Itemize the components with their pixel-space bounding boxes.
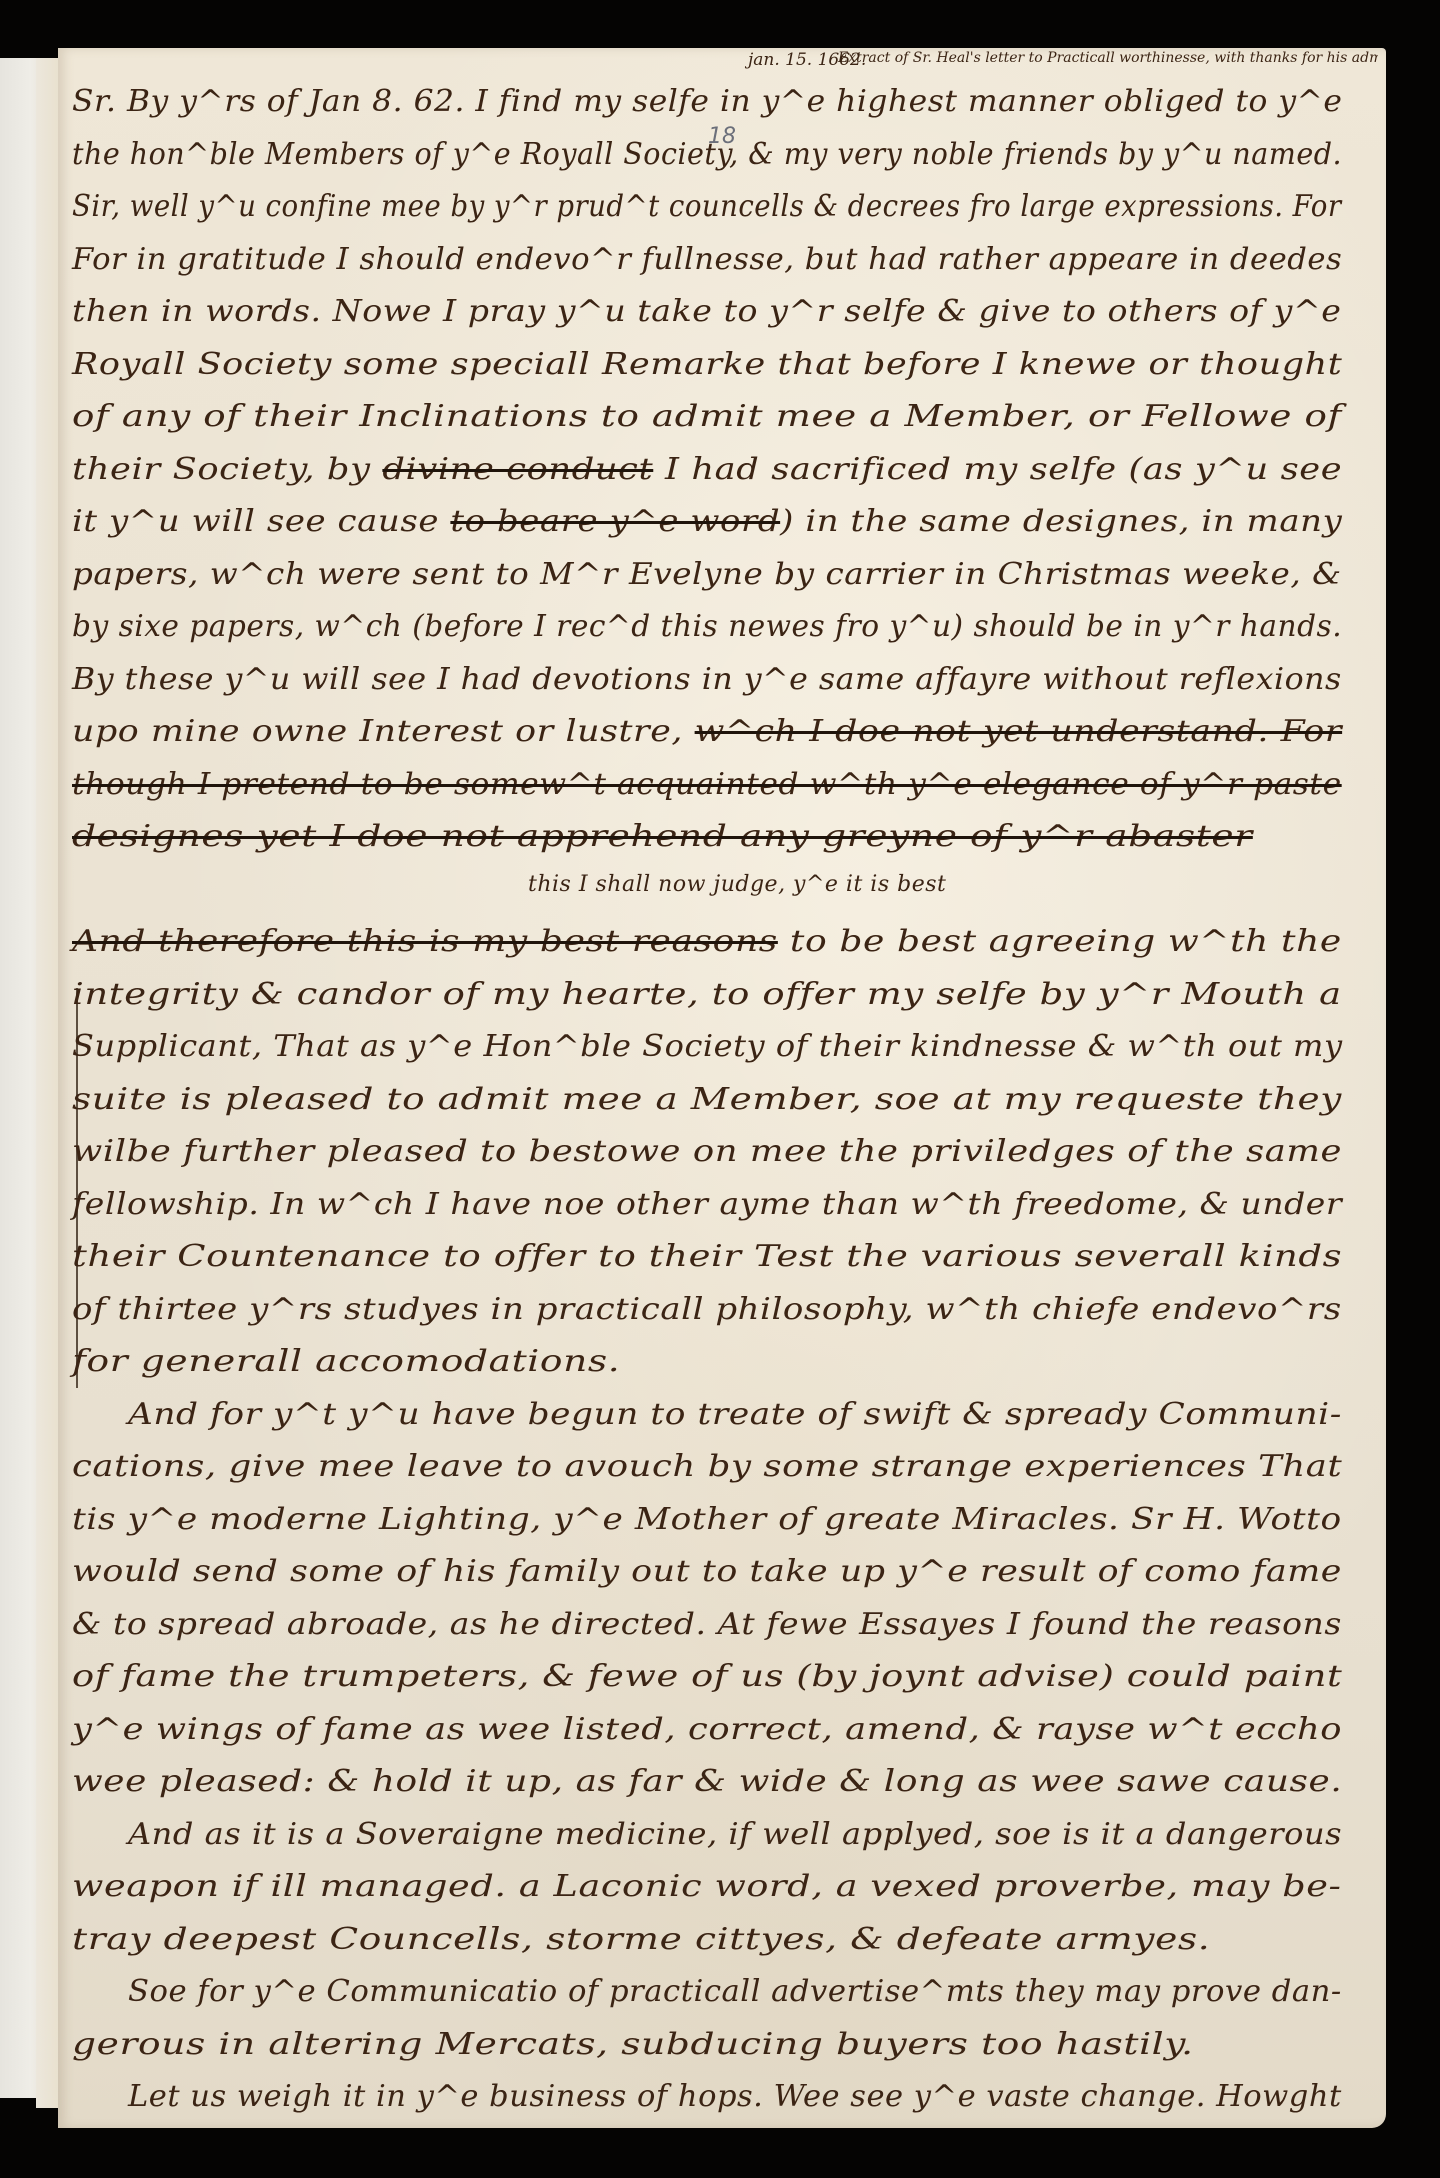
manuscript-line: upo mine owne Interest or lustre, w^ch I… [72,714,1342,749]
manuscript-line: wilbe further pleased to bestowe on mee … [72,1134,1342,1169]
manuscript-line: their Society, by divine conduct I had s… [72,452,1342,487]
manuscript-line: y^e wings of fame as wee listed, correct… [72,1712,1342,1747]
manuscript-line: gerous in altering Mercats, subducing bu… [72,2027,1194,2062]
manuscript-line: suite is pleased to admit mee a Member, … [72,1082,1342,1117]
manuscript-page: jan. 15. 1662. Extract of Sr. Heal's let… [58,48,1386,2128]
manuscript-line: For in gratitude I should endevo^r fulln… [72,242,1342,277]
manuscript-line: weapon if ill managed. a Laconic word, a… [72,1869,1342,1904]
manuscript-line: by sixe papers, w^ch (before I rec^d thi… [72,609,1342,644]
manuscript-line: tis y^e moderne Lighting, y^e Mother of … [72,1502,1342,1537]
manuscript-line: designes yet I doe not apprehend any gre… [72,819,1253,854]
manuscript-line: Royall Society some speciall Remarke tha… [72,347,1342,382]
struck-phrase: w^ch I doe not yet understand. For [695,714,1342,749]
manuscript-line: Soe for y^e Communicatio of practicall a… [128,1974,1342,2009]
manuscript-line: Supplicant, That as y^e Hon^ble Society … [72,1029,1343,1064]
manuscript-line: And as it is a Soveraigne medicine, if w… [128,1817,1342,1852]
manuscript-line: tray deepest Councells, storme cittyes, … [72,1922,1210,1957]
manuscript-line: for generall accomodations. [72,1344,620,1379]
manuscript-line: wee pleased: & hold it up, as far & wide… [72,1764,1342,1799]
manuscript-line: Sir, well y^u confine mee by y^r prud^t … [72,189,1342,224]
manuscript-line: And for y^t y^u have begun to treate of … [128,1397,1342,1432]
manuscript-line: Sr. By y^rs of Jan 8. 62. I find my self… [72,84,1342,119]
manuscript-line: By these y^u will see I had devotions in… [72,662,1342,697]
manuscript-line: it y^u will see cause to beare y^e word)… [72,504,1342,539]
header-annotation: Extract of Sr. Heal's letter to Practica… [838,50,1378,66]
manuscript-line: though I pretend to be somew^t acquainte… [72,767,1342,802]
struck-phrase: And therefore this is my best reasons [72,924,778,959]
manuscript-line: of thirtee y^rs studyes in practicall ph… [72,1292,1342,1327]
flyleaf-edge [36,58,59,2108]
manuscript-line: of fame the trumpeters, & fewe of us (by… [72,1659,1342,1694]
interlinear-insertion: this I shall now judge, y^e it is best [528,872,946,897]
manuscript-line: cations, give mee leave to avouch by som… [72,1449,1342,1484]
struck-phrase: divine conduct [382,452,653,487]
manuscript-line: their Countenance to offer to their Test… [72,1239,1342,1274]
manuscript-line: of any of their Inclinations to admit me… [72,399,1342,434]
manuscript-line: papers, w^ch were sent to M^r Evelyne by… [72,557,1342,592]
manuscript-line: & to spread abroade, as he directed. At … [72,1607,1342,1642]
manuscript-line: the hon^ble Members of y^e Royall Societ… [72,137,1342,172]
manuscript-line: fellowship. In w^ch I have noe other aym… [72,1187,1342,1222]
manuscript-line: then in words. Nowe I pray y^u take to y… [72,294,1341,329]
manuscript-line: Let us weigh it in y^e business of hops.… [128,2079,1342,2114]
struck-phrase: to beare y^e word [450,504,780,539]
manuscript-line: would send some of his family out to tak… [72,1554,1342,1589]
manuscript-line: And therefore this is my best reasons to… [72,924,1342,959]
manuscript-line: integrity & candor of my hearte, to offe… [72,977,1342,1012]
